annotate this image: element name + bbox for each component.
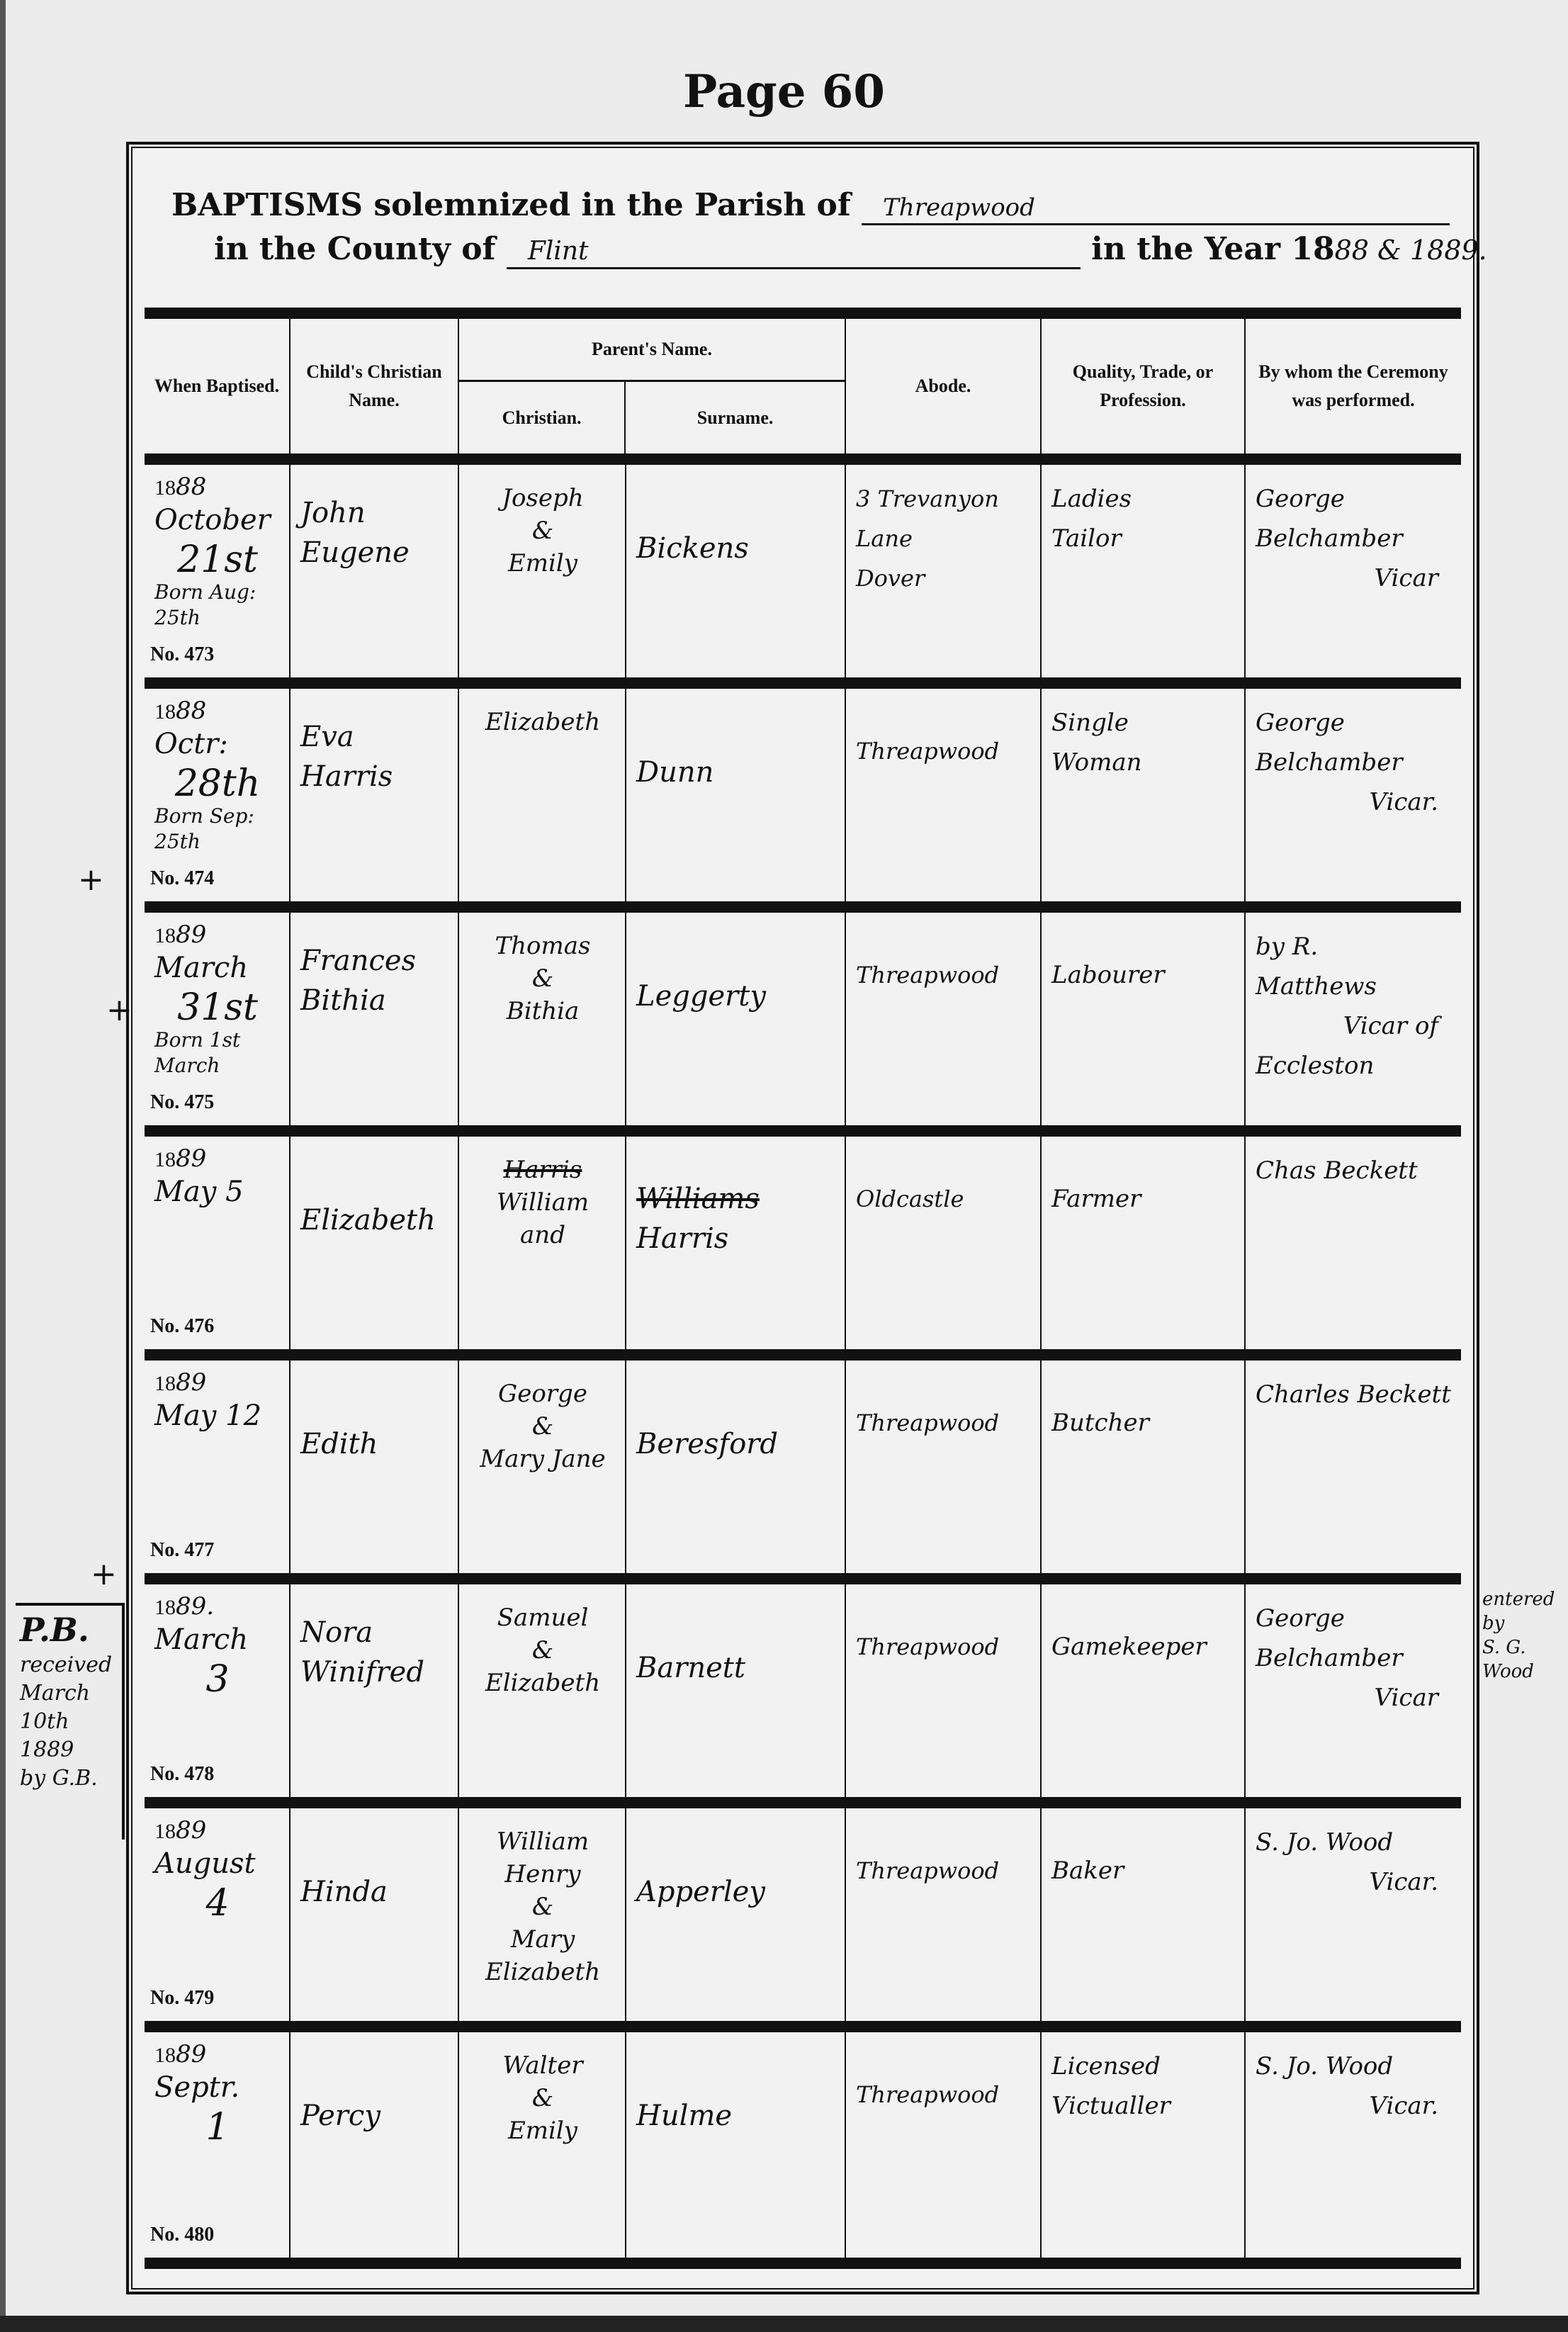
parent-christian-name: Emily [469, 2114, 616, 2147]
rule-top [145, 308, 1461, 319]
cell-when-baptised: 1889Septr.1No. 480 [145, 2032, 291, 2258]
row-divider [145, 901, 1461, 913]
col-childs-name: Child's Christian Name. [291, 319, 459, 454]
cell-quality: LicensedVictualler [1042, 2032, 1246, 2258]
child-name: Eugene [300, 533, 449, 573]
heading-county-line: in the County of Flint in the Year 1888 … [214, 231, 1487, 269]
quality-line: Ladies [1051, 479, 1236, 519]
row-divider [145, 1349, 1461, 1361]
left-note-line: P.B. [20, 1609, 119, 1651]
cell-parent-surname: WilliamsHarris [626, 1137, 846, 1349]
cell-quality: Baker [1042, 1808, 1246, 2021]
parents-subheaders: Christian. Surname. [459, 382, 845, 454]
entry-year-handwritten: 89 [176, 2040, 206, 2068]
abode-line: Threapwood [856, 1403, 1032, 1443]
cell-abode: Threapwood [846, 913, 1042, 1125]
entry-born-date: Born Aug: 25th [154, 580, 281, 631]
cell-by-whom: Chas Beckett [1246, 1137, 1461, 1349]
entry-year-handwritten: 89. [176, 1592, 214, 1621]
entry-number: No. 473 [150, 635, 214, 675]
county-value: Flint [507, 237, 589, 266]
entry-date: May 12 [154, 1396, 281, 1436]
table-row: 1889March31stBorn 1st MarchNo. 475France… [145, 913, 1461, 1125]
cell-parent-surname: Apperley [626, 1808, 846, 2021]
col-when-baptised: When Baptised. [145, 319, 291, 454]
parent-christian-name: and [469, 1219, 616, 1251]
row-divider [145, 1797, 1461, 1808]
child-name: Percy [300, 2096, 449, 2136]
row-divider [145, 2258, 1461, 2269]
parent-christian-name: & [469, 1410, 616, 1443]
cell-abode: 3 TrevanyonLaneDover [846, 465, 1042, 677]
parent-christian-name: Mary [469, 1923, 616, 1956]
cell-by-whom: GeorgeBelchamberVicar [1246, 1584, 1461, 1797]
entry-year-handwritten: 89 [176, 1816, 206, 1844]
cell-by-whom: S. Jo. WoodVicar. [1246, 1808, 1461, 2021]
child-name: Edith [300, 1424, 449, 1464]
entry-year: 1889 [154, 1370, 281, 1396]
cross-mark-477: + [91, 1556, 117, 1592]
cell-abode: Oldcastle [846, 1137, 1042, 1349]
table-row: 1889Septr.1No. 480PercyWalter&EmilyHulme… [145, 2032, 1461, 2258]
cell-when-baptised: 1888Octr:28thBorn Sep: 25thNo. 474 [145, 689, 291, 901]
cell-abode: Threapwood [846, 1361, 1042, 1573]
entry-year-handwritten: 89 [176, 1368, 206, 1397]
parent-christian-name: Elizabeth [469, 706, 616, 738]
quality-line: Woman [1051, 743, 1236, 782]
cell-parent-christian: WilliamHenry&MaryElizabeth [459, 1808, 626, 2021]
cell-child-name: Elizabeth [291, 1137, 459, 1349]
officiant-line: George [1256, 479, 1453, 519]
cell-quality: SingleWoman [1042, 689, 1246, 901]
cell-by-whom: S. Jo. WoodVicar. [1246, 2032, 1461, 2258]
parent-surname: Beresford [636, 1424, 836, 1464]
officiant-line: Vicar [1256, 558, 1453, 598]
col-parent-christian: Christian. [459, 382, 626, 454]
entry-born-date: Born Sep: 25th [154, 804, 281, 855]
parent-christian-name: & [469, 1634, 616, 1667]
entries-list: 1888October21stBorn Aug: 25thNo. 473John… [145, 465, 1461, 2269]
entry-year-handwritten: 89 [176, 920, 206, 949]
parent-christian-name: & [469, 1891, 616, 1923]
page-title: Page 60 [0, 65, 1568, 118]
entry-date: 31st [154, 988, 281, 1027]
entry-number: No. 475 [150, 1083, 214, 1122]
abode-line: Threapwood [856, 1851, 1032, 1891]
cell-abode: Threapwood [846, 689, 1042, 901]
parent-surname: Hulme [636, 2096, 836, 2136]
cell-when-baptised: 1889August4No. 479 [145, 1808, 291, 2021]
abode-line: Threapwood [856, 1627, 1032, 1667]
cell-when-baptised: 1888October21stBorn Aug: 25thNo. 473 [145, 465, 291, 677]
entry-date: Octr: [154, 724, 281, 764]
officiant-line: Vicar. [1256, 782, 1453, 822]
cell-quality: Gamekeeper [1042, 1584, 1246, 1797]
entry-year: 1889 [154, 1818, 281, 1844]
parent-surname: Dunn [636, 753, 836, 792]
officiant-line: Eccleston [1256, 1046, 1453, 1086]
cell-when-baptised: 1889.March3No. 478 [145, 1584, 291, 1797]
officiant-line: S. Jo. Wood [1256, 1823, 1453, 1862]
cell-by-whom: GeorgeBelchamberVicar. [1246, 689, 1461, 901]
quality-line: Farmer [1051, 1179, 1236, 1219]
quality-line: Victualler [1051, 2086, 1236, 2126]
left-note-line: 10th 1889 [20, 1708, 119, 1764]
quality-line: Single [1051, 703, 1236, 743]
entry-date: 28th [154, 764, 281, 804]
entry-date: 21st [154, 540, 281, 580]
entry-date: March [154, 1620, 281, 1660]
parent-surname: Barnett [636, 1648, 836, 1688]
entry-date: October [154, 500, 281, 540]
cell-child-name: Percy [291, 2032, 459, 2258]
col-by-whom: By whom the Ceremony was performed. [1246, 319, 1461, 454]
col-parent-surname: Surname. [626, 382, 845, 454]
heading-county-label: in the County of [214, 231, 495, 267]
cell-child-name: NoraWinifred [291, 1584, 459, 1797]
page-edge-bottom [0, 2316, 1568, 2332]
entry-year-handwritten: 88 [176, 473, 206, 501]
quality-line: Labourer [1051, 955, 1236, 995]
abode-line: Lane [856, 519, 1032, 558]
cell-quality: LadiesTailor [1042, 465, 1246, 677]
cell-child-name: JohnEugene [291, 465, 459, 677]
table-row: 1888October21stBorn Aug: 25thNo. 473John… [145, 465, 1461, 677]
parent-christian-name: William [469, 1186, 616, 1219]
parent-christian-name: Harris [469, 1154, 616, 1186]
cell-parent-surname: Bickens [626, 465, 846, 677]
entry-date: 1 [154, 2107, 281, 2147]
child-name: Hinda [300, 1872, 449, 1912]
entry-number: No. 477 [150, 1531, 214, 1570]
abode-line: 3 Trevanyon [856, 479, 1032, 519]
right-note-line: entered [1482, 1587, 1567, 1611]
child-name: Elizabeth [300, 1200, 449, 1240]
rule-header-bottom [145, 454, 1461, 465]
cell-when-baptised: 1889March31stBorn 1st MarchNo. 475 [145, 913, 291, 1125]
right-note-line: by [1482, 1611, 1567, 1635]
cell-parent-christian: Joseph&Emily [459, 465, 626, 677]
parent-christian-name: Mary Jane [469, 1443, 616, 1475]
right-note-line: S. G. Wood [1482, 1635, 1567, 1684]
child-name: Harris [300, 757, 449, 796]
cell-parent-christian: Walter&Emily [459, 2032, 626, 2258]
cell-when-baptised: 1889May 12No. 477 [145, 1361, 291, 1573]
cell-child-name: Hinda [291, 1808, 459, 2021]
cell-by-whom: by R.MatthewsVicar ofEccleston [1246, 913, 1461, 1125]
table-row: 1889May 12No. 477EdithGeorge&Mary JaneBe… [145, 1361, 1461, 1573]
child-name: Eva [300, 717, 449, 757]
cell-when-baptised: 1889May 5No. 476 [145, 1137, 291, 1349]
cell-by-whom: GeorgeBelchamberVicar [1246, 465, 1461, 677]
cell-by-whom: Charles Beckett [1246, 1361, 1461, 1573]
entry-year: 1889 [154, 923, 281, 948]
child-name: Nora [300, 1613, 449, 1652]
child-name: Winifred [300, 1652, 449, 1692]
entry-date: Septr. [154, 2068, 281, 2107]
quality-line: Butcher [1051, 1403, 1236, 1443]
entry-number: No. 479 [150, 1978, 214, 2018]
row-divider [145, 1125, 1461, 1137]
left-note-line: received [20, 1651, 119, 1679]
parent-christian-name: & [469, 2082, 616, 2114]
col-parents-name: Parent's Name. [459, 319, 845, 382]
left-note-line: March [20, 1679, 119, 1708]
column-header-row: When Baptised. Child's Christian Name. P… [145, 319, 1461, 454]
parent-christian-name: Thomas [469, 930, 616, 962]
child-name: Bithia [300, 981, 449, 1020]
cell-parent-christian: Samuel&Elizabeth [459, 1584, 626, 1797]
cell-parent-christian: Thomas&Bithia [459, 913, 626, 1125]
quality-line: Tailor [1051, 519, 1236, 558]
entry-date: 4 [154, 1883, 281, 1923]
cross-mark-474: + [78, 862, 104, 898]
entry-year: 1889 [154, 2042, 281, 2068]
parent-christian-name: Bithia [469, 995, 616, 1027]
officiant-line: Belchamber [1256, 519, 1453, 558]
entry-date: May 5 [154, 1172, 281, 1212]
col-abode: Abode. [846, 319, 1042, 454]
officiant-line: Vicar of [1256, 1006, 1453, 1046]
parent-christian-name: Emily [469, 547, 616, 580]
row-divider [145, 677, 1461, 689]
cell-abode: Threapwood [846, 1584, 1042, 1797]
right-margin-note: enteredbyS. G. Wood [1482, 1587, 1567, 1684]
child-name: John [300, 493, 449, 533]
entry-date: 3 [154, 1660, 281, 1699]
officiant-line: by R. [1256, 927, 1453, 967]
officiant-line: Vicar. [1256, 2086, 1453, 2126]
cell-quality: Butcher [1042, 1361, 1246, 1573]
entry-year: 1889. [154, 1594, 281, 1620]
cell-parent-christian: George&Mary Jane [459, 1361, 626, 1573]
entry-born-date: Born 1st March [154, 1027, 281, 1078]
officiant-line: Charles Beckett [1256, 1375, 1453, 1414]
entry-year-handwritten: 88 [176, 697, 206, 725]
parent-surname: Bickens [636, 529, 836, 568]
parent-surname: Harris [636, 1219, 836, 1258]
officiant-line: George [1256, 703, 1453, 743]
cell-abode: Threapwood [846, 2032, 1042, 2258]
entry-number: No. 480 [150, 2215, 214, 2255]
heading-year-label: in the Year 18 [1091, 231, 1334, 267]
entry-date: March [154, 948, 281, 988]
officiant-line: Vicar. [1256, 1862, 1453, 1902]
year-value: 88 & 1889. [1335, 235, 1487, 266]
officiant-line: Belchamber [1256, 1638, 1453, 1678]
register-table: When Baptised. Child's Christian Name. P… [145, 308, 1461, 2269]
entry-year-handwritten: 89 [176, 1144, 206, 1173]
parent-christian-name: Elizabeth [469, 1956, 616, 1988]
quality-line: Licensed [1051, 2046, 1236, 2086]
col-parents-name-group: Parent's Name. Christian. Surname. [459, 319, 846, 454]
table-row: 1888Octr:28thBorn Sep: 25thNo. 474EvaHar… [145, 689, 1461, 901]
officiant-line: Matthews [1256, 967, 1453, 1006]
cell-abode: Threapwood [846, 1808, 1042, 2021]
cell-quality: Farmer [1042, 1137, 1246, 1349]
officiant-line: George [1256, 1599, 1453, 1638]
parent-christian-name: & [469, 514, 616, 547]
left-note-line: by G.B. [20, 1764, 119, 1793]
parent-christian-name: Henry [469, 1858, 616, 1891]
entry-number: No. 474 [150, 859, 214, 899]
heading-parish-label: BAPTISMS solemnized in the Parish of [171, 187, 851, 223]
cell-quality: Labourer [1042, 913, 1246, 1125]
table-row: 1889May 5No. 476ElizabethHarrisWilliaman… [145, 1137, 1461, 1349]
cell-parent-surname: Barnett [626, 1584, 846, 1797]
cell-child-name: Edith [291, 1361, 459, 1573]
officiant-line: Vicar [1256, 1678, 1453, 1718]
row-divider [145, 1573, 1461, 1584]
entry-date: August [154, 1844, 281, 1883]
entry-year: 1888 [154, 699, 281, 724]
row-divider [145, 2021, 1461, 2032]
baptism-register: BAPTISMS solemnized in the Parish of Thr… [126, 142, 1479, 2294]
cell-parent-surname: Beresford [626, 1361, 846, 1573]
parish-field: Threapwood [862, 187, 1450, 225]
cell-child-name: FrancesBithia [291, 913, 459, 1125]
table-row: 1889.March3No. 478NoraWinifredSamuel&Eli… [145, 1584, 1461, 1797]
parent-christian-name: Samuel [469, 1601, 616, 1634]
entry-year: 1888 [154, 475, 281, 500]
parent-surname: Leggerty [636, 976, 836, 1016]
abode-line: Dover [856, 558, 1032, 598]
cell-parent-christian: Elizabeth [459, 689, 626, 901]
left-margin-note: P.B.receivedMarch10th 1889by G.B. [20, 1609, 119, 1793]
abode-line: Threapwood [856, 2075, 1032, 2114]
quality-line: Baker [1051, 1851, 1236, 1891]
officiant-line: Belchamber [1256, 743, 1453, 782]
officiant-line: Chas Beckett [1256, 1151, 1453, 1190]
entry-number: No. 478 [150, 1754, 214, 1794]
child-name: Frances [300, 941, 449, 981]
officiant-line: S. Jo. Wood [1256, 2046, 1453, 2086]
cell-child-name: EvaHarris [291, 689, 459, 901]
county-field: Flint [507, 231, 1081, 269]
abode-line: Threapwood [856, 731, 1032, 771]
parent-surname-struck: Williams [636, 1179, 836, 1219]
parent-christian-name: Joseph [469, 482, 616, 514]
col-quality: Quality, Trade, or Profession. [1042, 319, 1246, 454]
entry-year: 1889 [154, 1147, 281, 1172]
entry-number: No. 476 [150, 1307, 214, 1346]
cell-parent-surname: Leggerty [626, 913, 846, 1125]
parent-christian-name: George [469, 1378, 616, 1410]
cross-mark-475: + [106, 992, 132, 1028]
parent-christian-name: Walter [469, 2049, 616, 2082]
cell-parent-surname: Dunn [626, 689, 846, 901]
quality-line: Gamekeeper [1051, 1627, 1236, 1667]
parish-value: Threapwood [862, 193, 1035, 222]
parent-christian-name: William [469, 1825, 616, 1858]
abode-line: Threapwood [856, 955, 1032, 995]
cell-parent-christian: HarrisWilliamand [459, 1137, 626, 1349]
abode-line: Oldcastle [856, 1179, 1032, 1219]
table-row: 1889August4No. 479HindaWilliamHenry&Mary… [145, 1808, 1461, 2021]
parent-christian-name: & [469, 962, 616, 995]
parent-christian-name: Elizabeth [469, 1667, 616, 1699]
page-edge [0, 0, 6, 2332]
heading-parish-line: BAPTISMS solemnized in the Parish of Thr… [171, 187, 1450, 225]
parent-surname: Apperley [636, 1872, 836, 1912]
cell-parent-surname: Hulme [626, 2032, 846, 2258]
